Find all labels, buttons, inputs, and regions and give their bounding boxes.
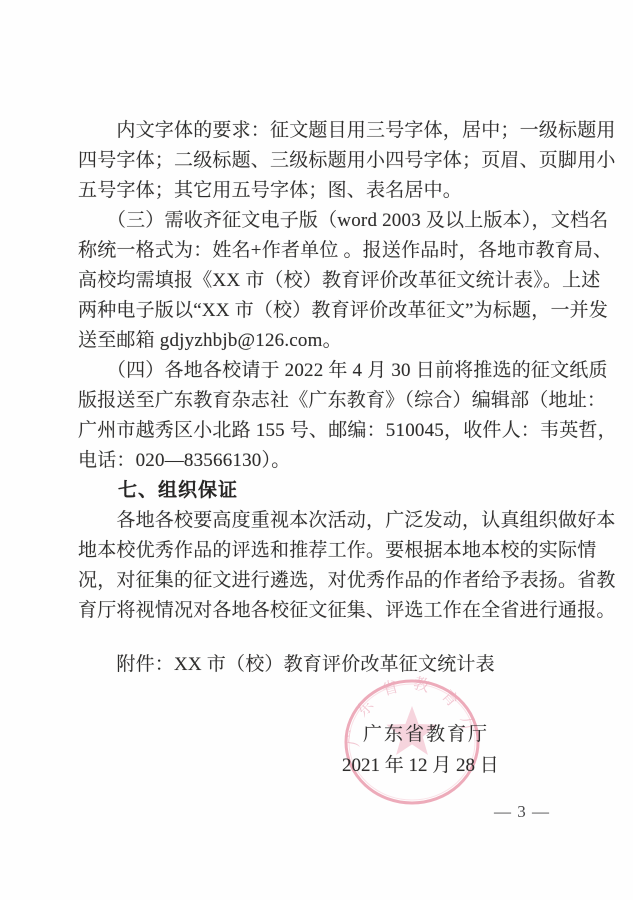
paragraph-item4-paper-mailing: （四）各地各校请于 2022 年 4 月 30 日前将推选的征文纸质 版报送至广… [78,356,598,476]
signature-organization: 广东省教育厅 [363,720,489,750]
paragraph-font-requirements: 内文字体的要求：征文题目用三号字体，居中；一级标题用 四号字体；二级标题、三级标… [78,116,598,206]
paragraph-item3-electronic-version: （三）需收齐征文电子版（word 2003 及以上版本），文档名 称统一格式为：… [78,206,598,356]
page-number: — 3 — [494,802,550,822]
signature-date: 2021 年 12 月 28 日 [342,751,499,781]
paragraph-organization-guarantee: 各地各校要高度重视本次活动，广泛发动，认真组织做好本 地本校优秀作品的评选和推荐… [78,506,598,626]
document-body: 内文字体的要求：征文题目用三号字体，居中；一级标题用 四号字体；二级标题、三级标… [78,116,598,680]
document-page: 内文字体的要求：征文题目用三号字体，居中；一级标题用 四号字体；二级标题、三级标… [0,0,633,900]
section-heading-organization-guarantee: 七、组织保证 [78,476,598,506]
